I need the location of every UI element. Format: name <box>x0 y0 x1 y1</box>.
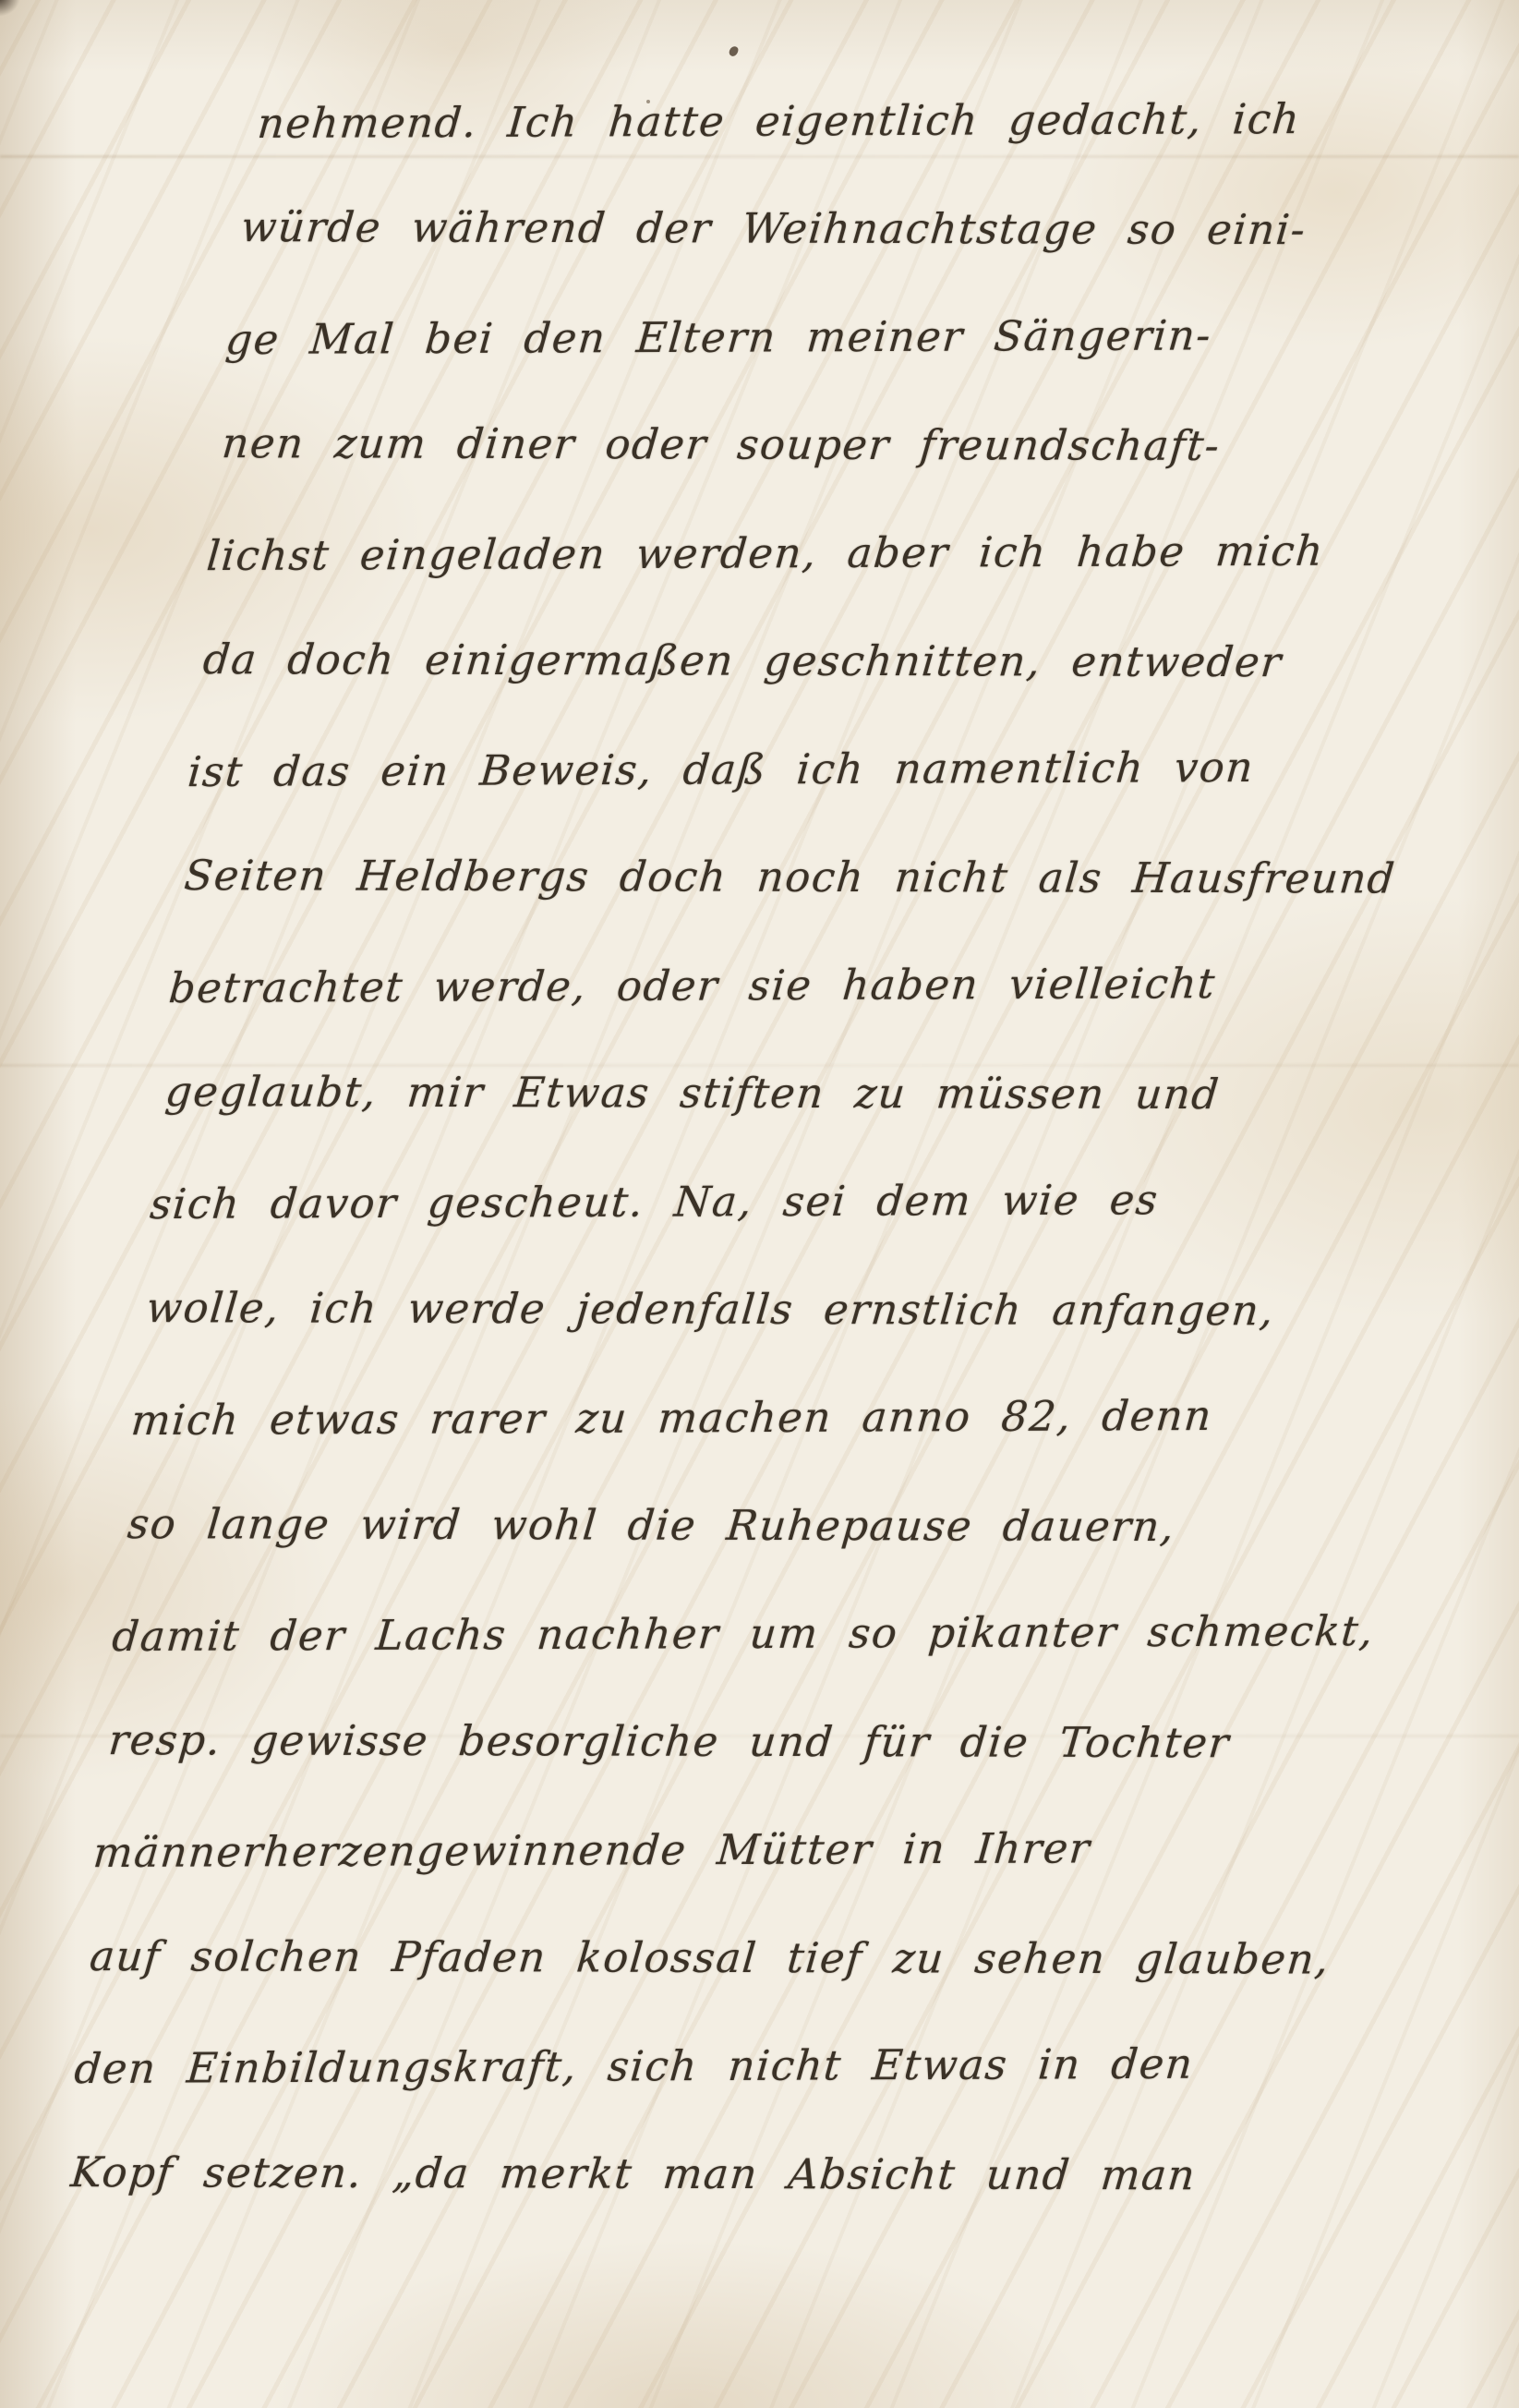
letter-line: sich davor gescheut. Na, sei dem wie es <box>146 1144 1457 1258</box>
letter-page: nehmend. Ich hatte eigentlich gedacht, i… <box>0 0 1519 2408</box>
letter-line: da doch einigermaßen geschnitten, entwed… <box>199 605 1504 717</box>
letter-line: wolle, ich werde jedenfalls ernstlich an… <box>142 1253 1448 1365</box>
letter-line: lichst eingeladen werden, aber ich habe … <box>202 496 1513 610</box>
letter-line: ge Mal bei den Eltern meiner Sängerin- <box>222 280 1519 393</box>
letter-line: Seiten Heldbergs doch noch nicht als Hau… <box>179 821 1485 933</box>
ink-speck <box>728 45 739 57</box>
letter-line: nehmend. Ich hatte eigentlich gedacht, i… <box>253 64 1519 177</box>
letter-line: betrachtet werde, oder sie haben viellei… <box>164 928 1476 1042</box>
letter-line: geglaubt, mir Etwas stiften zu müssen un… <box>161 1037 1466 1149</box>
letter-line: würde während der Weihnachtstage so eini… <box>236 173 1519 284</box>
letter-line: resp. gewisse besorgliche und für die To… <box>104 1686 1410 1797</box>
letter-line: ist das ein Beweis, daß ich namentlich v… <box>184 712 1495 826</box>
letter-line: auf solchen Pfaden kolossal tief zu sehe… <box>85 1902 1391 2014</box>
letter-line: den Einbildungskraft, sich nicht Etwas i… <box>70 2009 1381 2123</box>
letter-line: Kopf setzen. „da merkt man Absicht und m… <box>66 2118 1372 2230</box>
letter-line: damit der Lachs nachher um so pikanter s… <box>108 1577 1419 1690</box>
letter-line: nen zum diner oder souper freundschaft- <box>217 389 1519 501</box>
corner-ink-mark <box>0 0 20 17</box>
letter-body: nehmend. Ich hatte eigentlich gedacht, i… <box>61 67 1519 2228</box>
letter-line: mich etwas rarer zu machen anno 82, denn <box>127 1361 1438 1474</box>
letter-line: männerherzengewinnende Mütter in Ihrer <box>89 1793 1400 1906</box>
letter-line: so lange wird wohl die Ruhepause dauern, <box>123 1470 1429 1581</box>
